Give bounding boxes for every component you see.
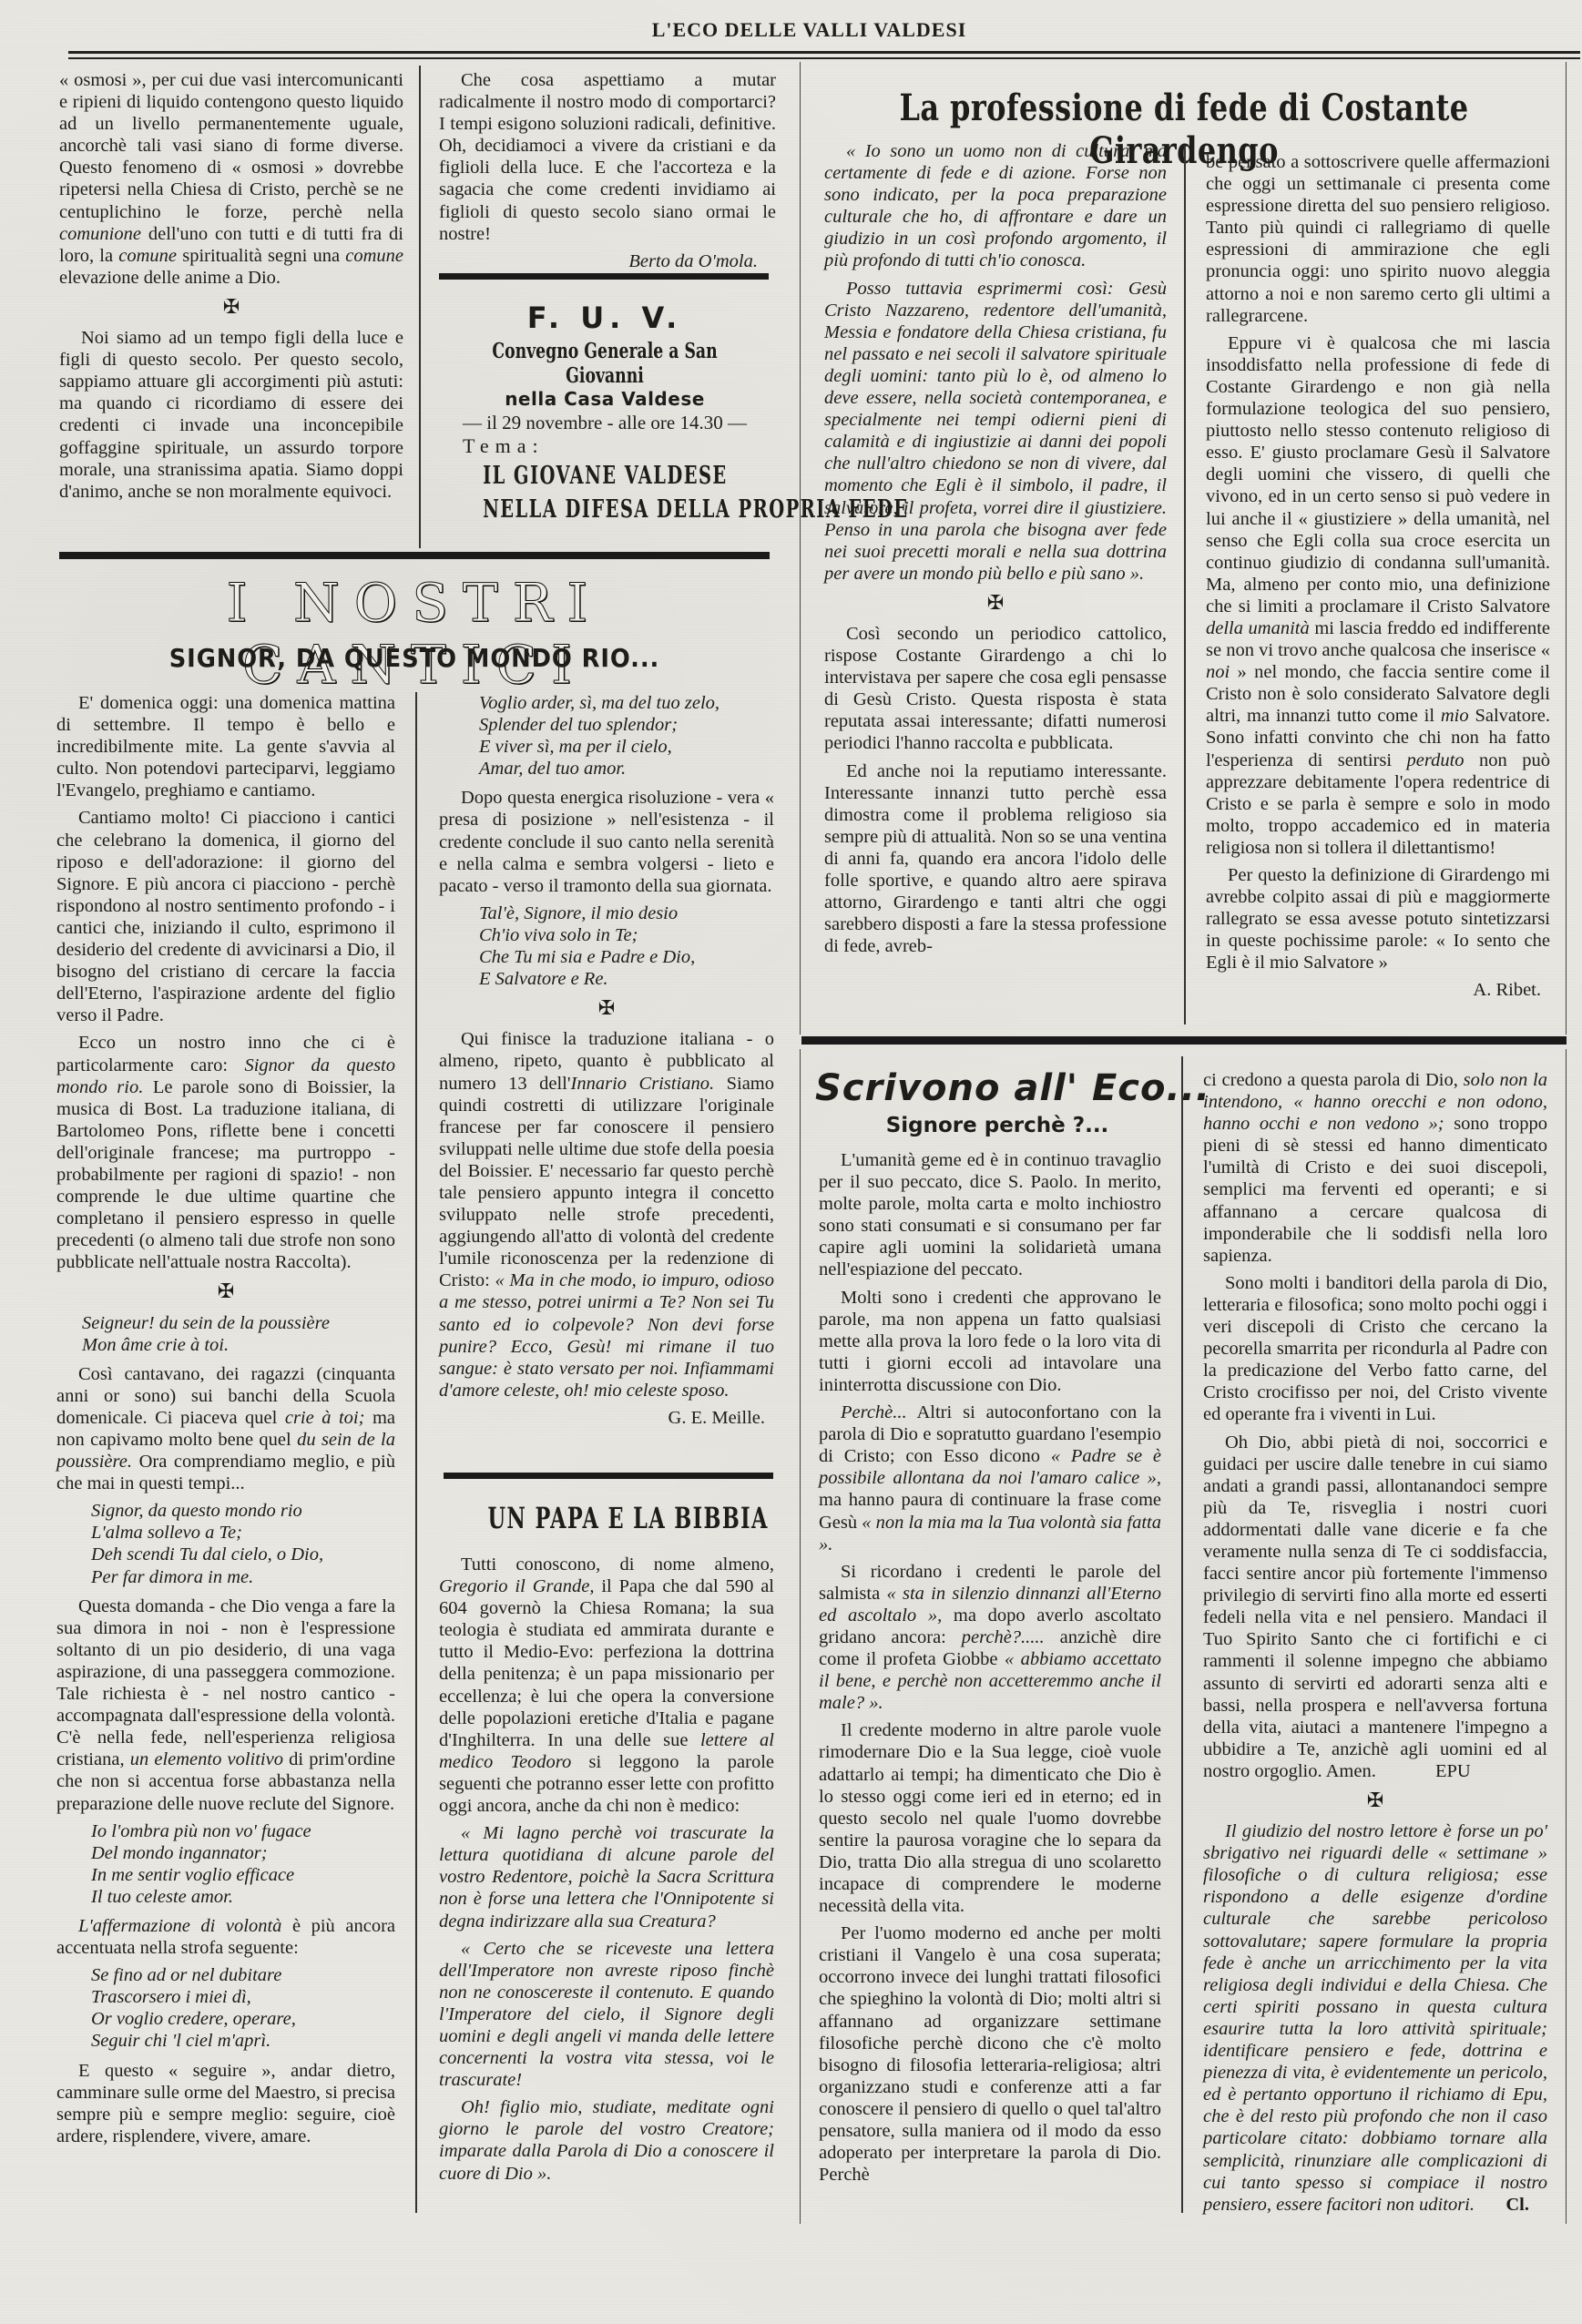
column-divider xyxy=(415,692,417,2213)
cross-ornament-icon: ✠ xyxy=(1203,1789,1547,1811)
papa-p1: Tutti conoscono, di nome almeno, Gregori… xyxy=(439,1554,774,1817)
newspaper-masthead: L'ECO DELLE VALLI VALDESI xyxy=(0,18,1582,42)
berto-signature: Berto da O'mola. xyxy=(439,250,758,272)
scrivono-p1: L'umanità geme ed è in continuo travagli… xyxy=(819,1149,1161,1281)
papa-quote-1: « Mi lagno perchè voi trascurate la lett… xyxy=(439,1822,774,1932)
scrivono-title: Scrivono all' Eco... xyxy=(815,1067,1179,1109)
girardengo-p6: Eppure vi è qualcosa che mi lascia insod… xyxy=(1206,332,1550,859)
scrivono-p8: Sono molti i banditori della parola di D… xyxy=(1203,1272,1547,1426)
berto-p1: « osmosi », per cui due vasi intercomuni… xyxy=(59,69,403,289)
girardengo-p4: Ed anche noi la reputiamo interessante. … xyxy=(824,760,1167,958)
cantici-title: I NOSTRI CANTICI xyxy=(55,572,774,696)
section-rule xyxy=(59,552,770,559)
scrivono-p4: Si ricordano i credenti le parole del sa… xyxy=(819,1561,1161,1715)
berto-p2: Noi siamo ad un tempo figli della luce e… xyxy=(59,327,403,503)
berto-article-col1: « osmosi », per cui due vasi intercomuni… xyxy=(59,69,403,508)
column-divider xyxy=(419,66,421,548)
fuv-tema-line2: NELLA DIFESA DELLA PROPRIA FEDE xyxy=(483,495,727,524)
fuv-casa-valdese: nella Casa Valdese xyxy=(435,388,774,410)
column-divider xyxy=(1184,146,1186,1024)
berto-p3: Che cosa aspettiamo a mutar radicalmente… xyxy=(439,69,776,245)
cantici-p4: Così cantavano, dei ragazzi (cinquanta a… xyxy=(56,1363,395,1495)
section-rule xyxy=(439,273,769,280)
scrivono-col2: ci credono a questa parola di Dio, solo … xyxy=(1203,1069,1547,2221)
cantici-p8: Dopo questa energica risoluzione - vera … xyxy=(439,787,774,896)
papa-quote-3: Oh! figlio mio, studiate, meditate ogni … xyxy=(439,2096,774,2184)
masthead-rule xyxy=(68,51,1580,59)
cantici-p1: E' domenica oggi: una domenica mattina d… xyxy=(56,692,395,801)
fuv-convegno: Convegno Generale a San Giovanni xyxy=(478,339,732,388)
cross-ornament-icon: ✠ xyxy=(824,592,1167,614)
scrivono-col1: L'umanità geme ed è in continuo travagli… xyxy=(819,1149,1161,2191)
section-rule xyxy=(801,1036,1567,1045)
cantici-col2: Voglio arder, sì, ma del tuo zelo,Splend… xyxy=(439,692,774,1434)
fuv-title: F. U. V. xyxy=(435,301,774,335)
fuv-tema-label: Tema: xyxy=(435,434,774,458)
girardengo-col1: « Io sono un uomo non di cultura, ma cer… xyxy=(824,140,1167,963)
epu-signature: EPU xyxy=(1435,1761,1471,1781)
editor-note: Il giudizio del nostro lettore è forse u… xyxy=(1203,1820,1547,2216)
girardengo-quote-p2: Posso tuttavia esprimermi così: Gesù Cri… xyxy=(824,278,1167,585)
scrivono-p2: Molti sono i credenti che approvano le p… xyxy=(819,1287,1161,1396)
fuv-tema-line1: IL GIOVANE VALDESE xyxy=(483,462,727,490)
editor-signature: Cl. xyxy=(1484,2194,1529,2216)
cantici-p2: Cantiamo molto! Ci piacciono i cantici c… xyxy=(56,807,395,1026)
cantici-p7: E questo « seguire », andar dietro, camm… xyxy=(56,2060,395,2147)
scrivono-subtitle: Signore perchè ?... xyxy=(815,1114,1179,1137)
column-divider xyxy=(1181,1056,1183,2213)
verse-french: Seigneur! du sein de la poussièreMon âme… xyxy=(82,1312,395,1356)
masthead-title: L'ECO DELLE VALLI VALDESI xyxy=(652,18,967,41)
scrivono-p9: Oh Dio, abbi pietà di noi, soccorrici e … xyxy=(1203,1432,1547,1783)
verse-2: Io l'ombra più non vo' fugaceDel mondo i… xyxy=(91,1820,395,1908)
girardengo-quote-p1: « Io sono un uomo non di cultura, ma cer… xyxy=(824,140,1167,272)
girardengo-p3: Così secondo un periodico cattolico, ris… xyxy=(824,623,1167,755)
cross-ornament-icon: ✠ xyxy=(439,997,774,1019)
scrivono-p3: Perchè... Altri si autoconfortano con la… xyxy=(819,1402,1161,1555)
girardengo-p7: Per questo la definizione di Girardengo … xyxy=(1206,864,1550,973)
fuv-date: — il 29 novembre - alle ore 14.30 — xyxy=(435,412,774,434)
cantici-col1: E' domenica oggi: una domenica mattina d… xyxy=(56,692,395,2153)
verse-5: Tal'è, Signore, il mio desioCh'io viva s… xyxy=(479,902,774,990)
verse-4: Voglio arder, sì, ma del tuo zelo,Splend… xyxy=(479,692,774,780)
papa-article: Tutti conoscono, di nome almeno, Gregori… xyxy=(439,1554,774,2190)
fuv-notice: F. U. V. Convegno Generale a San Giovann… xyxy=(435,301,774,524)
girardengo-signature: A. Ribet. xyxy=(1206,979,1541,1001)
scrivono-p5: Il credente moderno in altre parole vuol… xyxy=(819,1719,1161,1917)
cantici-p5: Questa domanda - che Dio venga a fare la… xyxy=(56,1595,395,1815)
cantici-signature: G. E. Meille. xyxy=(439,1407,765,1429)
cantici-p3: Ecco un nostro inno che ci è particolarm… xyxy=(56,1032,395,1273)
scrivono-p7: ci credono a questa parola di Dio, solo … xyxy=(1203,1069,1547,1267)
cross-ornament-icon: ✠ xyxy=(59,296,403,318)
cross-ornament-icon: ✠ xyxy=(56,1280,395,1302)
girardengo-col2: be pensato a sottoscrivere quelle afferm… xyxy=(1206,151,1550,1007)
berto-article-col2: Che cosa aspettiamo a mutar radicalmente… xyxy=(439,69,776,272)
verse-1: Signor, da questo mondo rioL'alma sollev… xyxy=(91,1500,395,1587)
cantici-subtitle: SIGNOR, DA QUESTO MONDO RIO... xyxy=(84,643,746,673)
verse-3: Se fino ad or nel dubitareTrascorsero i … xyxy=(91,1964,395,2052)
papa-quote-2: « Certo che se riceveste una lettera del… xyxy=(439,1938,774,2092)
cantici-p9: Qui finisce la traduzione italiana - o a… xyxy=(439,1028,774,1402)
section-rule xyxy=(444,1473,773,1479)
scrivono-p6: Per l'uomo moderno ed anche per molti cr… xyxy=(819,1922,1161,2186)
girardengo-p5: be pensato a sottoscrivere quelle afferm… xyxy=(1206,151,1550,327)
papa-title: UN PAPA E LA BIBBIA xyxy=(488,1501,724,1535)
cantici-p6: L'affermazione di volontà è più ancora a… xyxy=(56,1915,395,1959)
